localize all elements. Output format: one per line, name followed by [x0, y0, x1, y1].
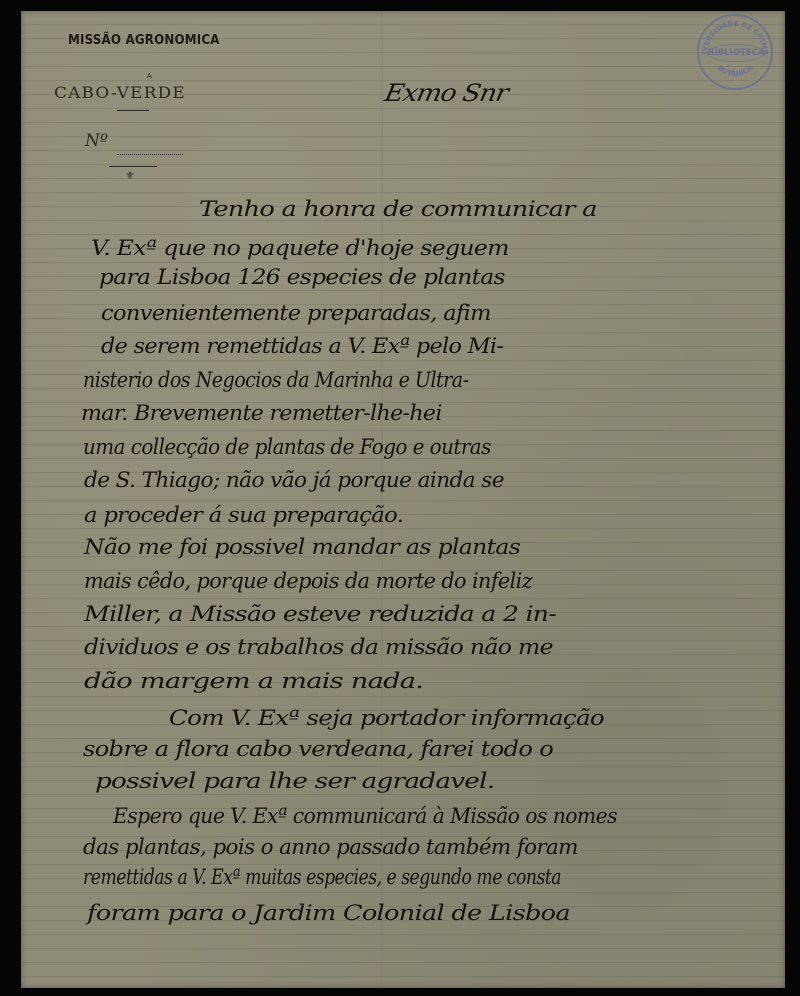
body-line: Tenho a honra de communicar a: [199, 199, 800, 220]
fleuron-icon: ⚜: [125, 169, 135, 182]
salutation: Exmo Snr: [382, 79, 510, 107]
stamp-bottom-text: BOTÂNICA: [716, 63, 755, 78]
body-line: mais cêdo, porque depois da morte do inf…: [84, 571, 532, 592]
letterhead-divider-2: [109, 166, 157, 167]
body-line: Com V. Exª seja portador informação: [169, 708, 604, 729]
body-line: a proceder á sua preparação.: [84, 505, 403, 526]
body-line: remettidas a V. Exª muitas especies, e s…: [83, 867, 561, 888]
body-line: Não me foi possivel mandar as plantas: [84, 537, 520, 558]
body-line: para Lisboa 126 especies de plantas: [99, 267, 505, 288]
letterhead-divider: [117, 110, 149, 111]
svg-text:BOTÂNICA: BOTÂNICA: [716, 63, 755, 78]
body-line: de S. Thiago; não vão já porque ainda se: [84, 470, 504, 491]
body-line: V. Exª que no paquete d'hoje seguem: [91, 238, 509, 259]
letter-page: MISSÃO AGRONOMICA A CABO-VERDE Nº ⚜ UNIV…: [21, 11, 785, 988]
body-line: de serem remettidas a V. Exª pelo Mi-: [101, 336, 503, 357]
body-line: dividuos e os trabalhos da missão não me: [84, 637, 553, 658]
stamp-center-text: BIBLIOTECA: [707, 44, 765, 62]
letterhead-number-label: Nº: [85, 131, 108, 151]
letterhead-place: CABO-VERDE: [54, 83, 186, 102]
body-line: das plantas, pois o anno passado também …: [83, 837, 578, 858]
letterhead-preposition: A: [147, 72, 152, 80]
body-line: Espero que V. Exª communicará à Missão o…: [113, 806, 617, 827]
library-stamp: UNIVERSIDADE DE COIMBRA BOTÂNICA BIBLIOT…: [697, 14, 773, 90]
body-line: foram para o Jardim Colonial de Lisboa: [87, 903, 570, 924]
letterhead-title: MISSÃO AGRONOMICA: [68, 32, 220, 48]
body-line: sobre a flora cabo verdeana, farei todo …: [83, 739, 553, 760]
body-line: mar. Brevemente remetter-lhe-hei: [81, 403, 442, 424]
letterhead-number-field: [117, 154, 183, 155]
body-line: dão margem a mais nada.: [84, 671, 423, 692]
body-line: Miller, a Missão esteve reduzida a 2 in-: [84, 604, 556, 625]
body-line: nisterio dos Negocios da Marinha e Ultra…: [83, 370, 469, 391]
body-line: uma collecção de plantas de Fogo e outra…: [83, 437, 491, 458]
body-line: convenientemente preparadas, afim: [101, 303, 491, 324]
body-line: possivel para lhe ser agradavel.: [95, 771, 494, 792]
